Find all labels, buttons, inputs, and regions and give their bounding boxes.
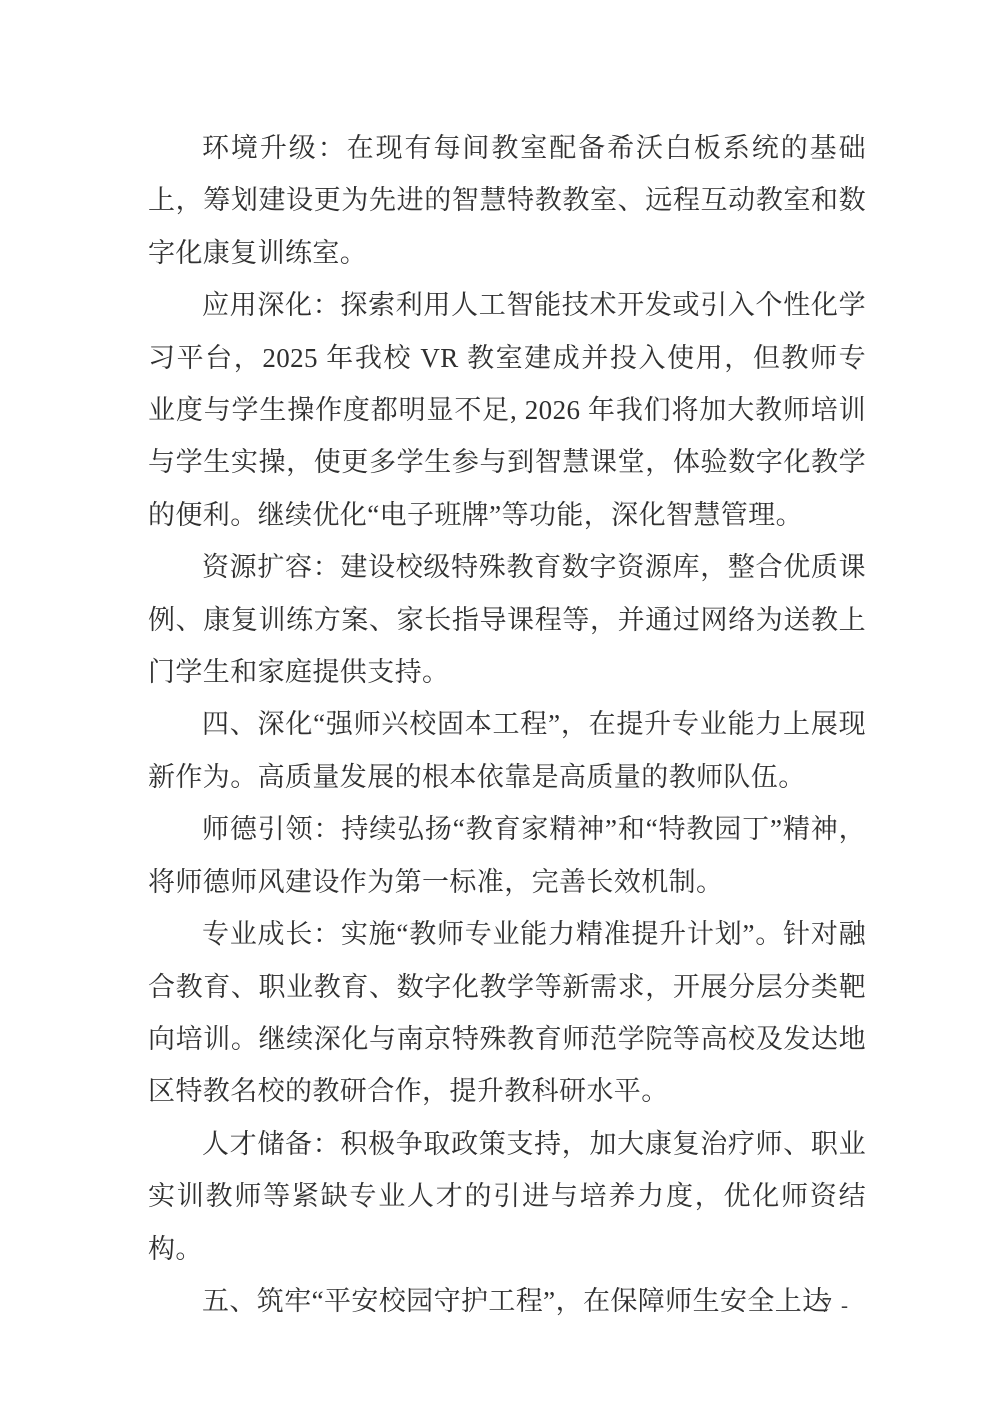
section-heading-five: 五、筑牢“平安校园守护工程”，在保障师生安全上达 — [148, 1275, 866, 1327]
document-body: 环境升级：在现有每间教室配备希沃白板系统的基础上，筹划建设更为先进的智慧特教教室… — [148, 122, 866, 1327]
section-heading-four: 四、深化“强师兴校固本工程”，在提升专业能力上展现新作为。高质量发展的根本依靠是… — [148, 698, 866, 803]
paragraph-environment-upgrade: 环境升级：在现有每间教室配备希沃白板系统的基础上，筹划建设更为先进的智慧特教教室… — [148, 122, 866, 279]
paragraph-talent-reserve: 人才储备：积极争取政策支持，加大康复治疗师、职业实训教师等紧缺专业人才的引进与培… — [148, 1118, 866, 1275]
page-number: - 7 - — [805, 1292, 850, 1318]
paragraph-teacher-ethics: 师德引领：持续弘扬“教育家精神”和“特教园丁”精神，将师德师风建设作为第一标准，… — [148, 803, 866, 908]
paragraph-resource-expansion: 资源扩容：建设校级特殊教育数字资源库，整合优质课例、康复训练方案、家长指导课程等… — [148, 541, 866, 698]
paragraph-application-deepening: 应用深化：探索利用人工智能技术开发或引入个性化学习平台，2025 年我校 VR … — [148, 279, 866, 541]
document-page: 环境升级：在现有每间教室配备希沃白板系统的基础上，筹划建设更为先进的智慧特教教室… — [0, 0, 1000, 1414]
paragraph-professional-growth: 专业成长：实施“教师专业能力精准提升计划”。针对融合教育、职业教育、数字化教学等… — [148, 908, 866, 1118]
